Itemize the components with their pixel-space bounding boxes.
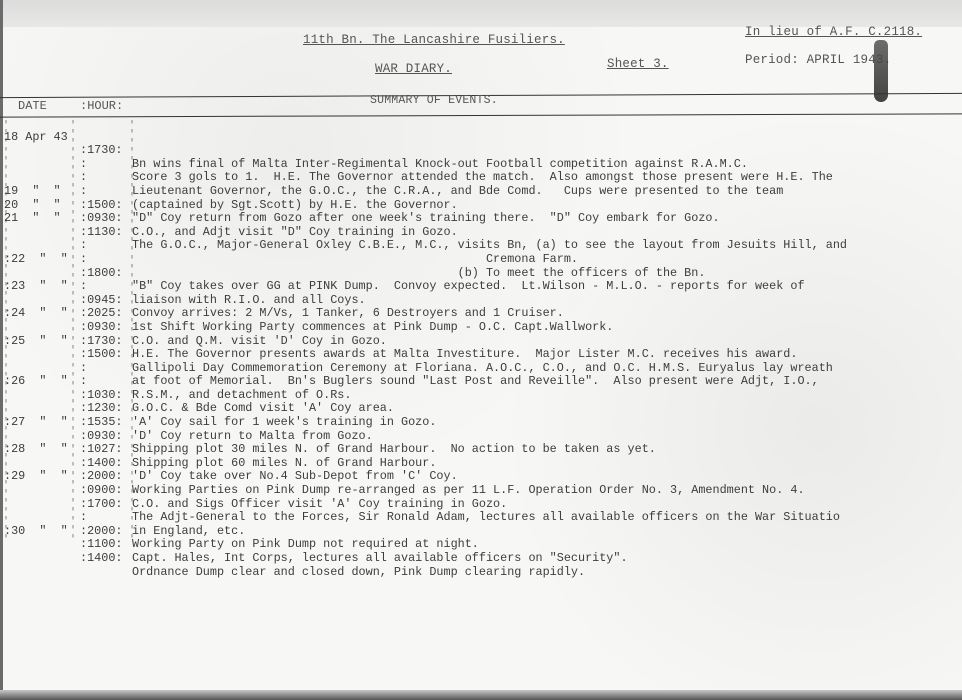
diary-entry-line: : at foot of Memorial. Bn's Buglers soun… <box>0 335 962 349</box>
diary-entry-line: :1700: The Adjt-General to the Forces, S… <box>0 470 962 484</box>
diary-entry-line: 21 " " :1130: The G.O.C., Major-General … <box>0 199 962 213</box>
diary-entry-line: : (captained by Sgt.Scott) by H.E. the G… <box>0 158 962 172</box>
diary-entry-line: :1027: Shipping plot 60 miles N. of Gran… <box>0 416 962 430</box>
document-title: WAR DIARY. <box>375 62 452 76</box>
diary-entry-line: :26 " " :1030: G.O.C. & Bde Comd visit '… <box>0 362 962 376</box>
diary-entry-line: :27 " " :0930: Shipping plot 30 miles N.… <box>0 402 962 416</box>
diary-entry-line: :24 " " :0930: C.O. and Q.M. visit 'D' C… <box>0 294 962 308</box>
diary-entry-line: :2000: Working Party on Pink Dump not re… <box>0 498 962 512</box>
diary-entry-line: :2000: Working Parties on Pink Dump re-a… <box>0 443 962 457</box>
diary-entry-line: 18 Apr 43 :1730: Bn wins final of Malta … <box>0 117 962 131</box>
diary-entry-line: :29 " " :0900: C.O. and Sigs Officer vis… <box>0 457 962 471</box>
summary-heading: SUMMARY OF EVENTS. <box>370 94 498 107</box>
diary-entry-line: : liaison with R.I.O. and all Coys. <box>0 253 962 267</box>
diary-entry-line: : Score 3 gols to 1. H.E. The Governor a… <box>0 131 962 145</box>
diary-entry-line: :1230: 'A' Coy sail for 1 week's trainin… <box>0 375 962 389</box>
diary-entry-line: :28 " " :1400: 'D' Coy take over No.4 Su… <box>0 430 962 444</box>
period-label: Period: APRIL 1943. <box>745 53 891 67</box>
entry-text: Working Party on Pink Dump not required … <box>132 538 479 552</box>
diary-entry-line: :1730: H.E. The Governor presents awards… <box>0 307 962 321</box>
sheet-number: Sheet 3. <box>607 57 669 71</box>
diary-entry-line: 19 " " :1500: "D" Coy return from Gozo a… <box>0 171 962 185</box>
column-date: DATE <box>18 99 47 113</box>
diary-entry-line: :2025: 1st Shift Working Party commences… <box>0 280 962 294</box>
form-note: In lieu of A.F. C.2118. <box>745 25 922 39</box>
unit-title: 11th Bn. The Lancashire Fusiliers. <box>303 33 565 47</box>
diary-entry-line: : R.S.M., and detachment of O.Rs. <box>0 348 962 362</box>
column-hour: :HOUR: <box>80 99 123 113</box>
diary-entry-line: :1535: 'D' Coy return to Malta from Gozo… <box>0 389 962 403</box>
diary-entry-line: :1400: Ordnance Dump clear and closed do… <box>0 525 962 539</box>
diary-entry-line: 20 " " :0930: C.O., and Adjt visit "D" C… <box>0 185 962 199</box>
entry-hour: :1100: <box>80 538 130 552</box>
diary-entry-line: :25 " " :1500: Gallipoli Day Commemorati… <box>0 321 962 335</box>
scanned-page: 11th Bn. The Lancashire Fusiliers. In li… <box>0 0 962 700</box>
diary-entry-line: : in England, etc. <box>0 484 962 498</box>
diary-entry-line: : Lieutenant Governor, the G.O.C., the C… <box>0 144 962 158</box>
entry-text: Ordnance Dump clear and closed down, Pin… <box>132 566 585 580</box>
scan-top-edge <box>0 0 962 28</box>
diary-entry-line: :23 " " :0945: Convoy arrives: 2 M/Vs, 1… <box>0 267 962 281</box>
diary-entry-line: :22 " " :1800: "B" Coy takes over GG at … <box>0 239 962 253</box>
diary-entries: 18 Apr 43 :1730: Bn wins final of Malta … <box>0 117 962 538</box>
diary-entry-line: : (b) To meet the officers of the Bn. <box>0 226 962 240</box>
diary-entry-line: :30 " " :1100: Capt. Hales, Int Corps, l… <box>0 511 962 525</box>
entry-text: Capt. Hales, Int Corps, lectures all ava… <box>132 552 628 566</box>
entry-hour: :1400: <box>80 552 130 566</box>
scan-bottom-edge <box>0 690 962 700</box>
diary-entry-line: : Cremona Farm. <box>0 212 962 226</box>
